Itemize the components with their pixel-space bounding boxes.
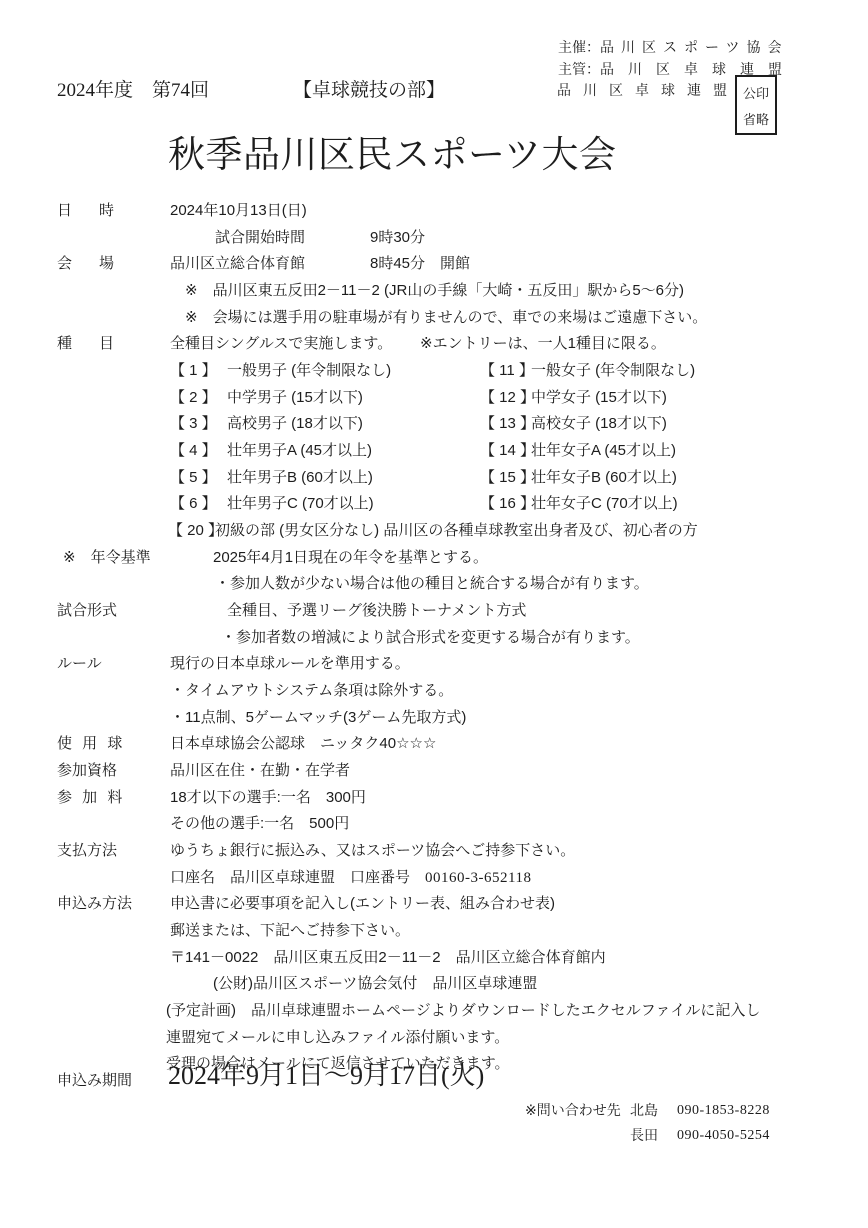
application-label: 申込み方法 [57,895,132,914]
event-15-num: 【 15 】 [480,469,535,488]
fee-line-1: 18才以下の選手:一名 300円 [170,789,366,808]
match-format-line-2: ・参加者数の増減により試合形式を変更する場合が有ります。 [221,629,640,648]
payment-line-1: ゆうちょ銀行に振込み、又はスポーツ協会へご持参下さい。 [170,842,575,861]
contact-phone-1: 090-1853-8228 [677,1102,770,1120]
fiscal-year: 2024年度 第74回 [57,79,209,103]
event-13-name: 高校女子 (18才以下) [531,415,667,434]
ball-value: 日本卓球協会公認球 ニッタク40☆☆☆ [170,735,436,754]
venue-open-time: 8時45分 開館 [370,255,470,274]
schedule-label: 日 時 [57,202,120,221]
application-line-3: 〒141－0022 品川区東五反田2－11－2 品川区立総合体育館内 [170,949,606,968]
application-line-6: 連盟宛てメールに申し込みファイル添付願います。 [166,1029,509,1048]
venue-label: 会 場 [57,255,120,274]
start-time-value: 9時30分 [370,229,425,248]
event-2-name: 中学男子 (15才以下) [227,389,363,408]
match-format-line-1: 全種目、予選リーグ後決勝トーナメント方式 [227,602,526,621]
contact-name-1: 北島 [630,1102,658,1120]
fee-line-2: その他の選手:一名 500円 [170,815,349,834]
events-entry-note: ※エントリーは、一人1種目に限る。 [420,335,666,354]
event-1-name: 一般男子 (年令制限なし) [227,362,391,381]
rules-line-1: 現行の日本卓球ルールを準用する。 [170,655,410,674]
organizer-prefix: 主催： [558,39,600,55]
event-15-name: 壮年女子B (60才以上) [531,469,677,488]
event-4-num: 【 4 】 [170,442,217,461]
period-value: 2024年9月1日～9月17日(火) [168,1060,484,1093]
schedule-date: 2024年10月13日(日) [170,202,307,221]
venue-name: 品川区立総合体育館 [170,255,305,274]
application-line-1: 申込書に必要事項を記入し(エントリー表、組み合わせ表) [170,895,555,914]
event-6-num: 【 6 】 [170,495,217,514]
event-13-num: 【 13 】 [480,415,535,434]
payment-label: 支払方法 [57,842,117,861]
application-line-4: (公財)品川区スポーツ協会気付 品川区卓球連盟 [213,975,537,994]
match-format-label: 試合形式 [57,602,117,621]
application-line-2: 郵送または、下記へご持参下さい。 [170,922,410,941]
organizer-line: 主催：品川区スポーツ協会 [558,39,788,57]
event-3-name: 高校男子 (18才以下) [227,415,363,434]
organizer-name: 品川区スポーツ協会 [600,39,788,55]
age-basis-line-1: 2025年4月1日現在の年令を基準とする。 [213,549,488,568]
payment-line-2: 口座名 品川区卓球連盟 口座番号 00160-3-652118 [170,869,531,888]
events-intro: 全種目シングルスで実施します。 [170,335,392,354]
contact-heading: ※問い合わせ先 [525,1102,621,1120]
event-1-num: 【 1 】 [170,362,217,381]
event-5-name: 壮年男子B (60才以上) [227,469,373,488]
event-16-num: 【 16 】 [480,495,535,514]
event-16-name: 壮年女子C (70才以上) [531,495,678,514]
venue-note-2: ※ 会場には選手用の駐車場が有りませんので、車での来場はご遠慮下さい。 [185,309,707,328]
period-label: 申込み期間 [57,1072,132,1091]
payment-account-number: 00160-3-652118 [425,870,531,886]
ball-label: 使 用 球 [57,735,125,754]
manager-prefix: 主管： [558,61,600,77]
event-20-name: 初級の部 (男女区分なし) 品川区の各種卓球教室出身者及び、初心者の方 [215,522,698,541]
contact-phone-2: 090-4050-5254 [677,1127,770,1145]
event-12-num: 【 12 】 [480,389,535,408]
event-14-name: 壮年女子A (45才以上) [531,442,676,461]
start-time-label: 試合開始時間 [215,229,305,248]
rules-line-2: ・タイムアウトシステム条項は除外する。 [170,682,453,701]
event-11-num: 【 11 】 [480,362,534,381]
event-12-name: 中学女子 (15才以下) [531,389,667,408]
contact-name-2: 長田 [630,1127,658,1145]
sender-name: 品川区卓球連盟 [557,82,739,100]
seal-omitted-box: 公印 省略 [735,75,777,135]
age-basis-line-2: ・参加人数が少ない場合は他の種目と統合する場合が有ります。 [215,575,649,594]
eligibility-label: 参加資格 [57,762,117,781]
payment-account-text: 口座名 品川区卓球連盟 口座番号 [170,869,425,886]
event-5-num: 【 5 】 [170,469,217,488]
event-3-num: 【 3 】 [170,415,217,434]
rules-label: ルール [57,655,102,674]
event-6-name: 壮年男子C (70才以上) [227,495,374,514]
age-basis-label: ※ 年令基準 [63,549,151,568]
event-14-num: 【 14 】 [480,442,535,461]
event-11-name: 一般女子 (年令制限なし) [531,362,695,381]
application-line-5: (予定計画) 品川卓球連盟ホームページよりダウンロードしたエクセルファイルに記入… [166,1002,760,1021]
event-2-num: 【 2 】 [170,389,217,408]
document-page: 主催：品川区スポーツ協会 主管：品川区卓球連盟 品川区卓球連盟 公印 省略 20… [0,0,868,1228]
events-label: 種 目 [57,335,120,354]
fee-label: 参 加 料 [57,789,125,808]
division-heading: 【卓球競技の部】 [293,79,445,103]
event-4-name: 壮年男子A (45才以上) [227,442,372,461]
venue-note-1: ※ 品川区東五反田2－11－2 (JR山の手線「大崎・五反田」駅から5～6分) [185,282,684,301]
seal-text-bottom: 省略 [737,109,775,128]
page-title: 秋季品川区民スポーツ大会 [168,133,617,179]
rules-line-3: ・11点制、5ゲームマッチ(3ゲーム先取方式) [170,709,466,728]
eligibility-value: 品川区在住・在勤・在学者 [170,762,350,781]
seal-text-top: 公印 [737,83,775,102]
